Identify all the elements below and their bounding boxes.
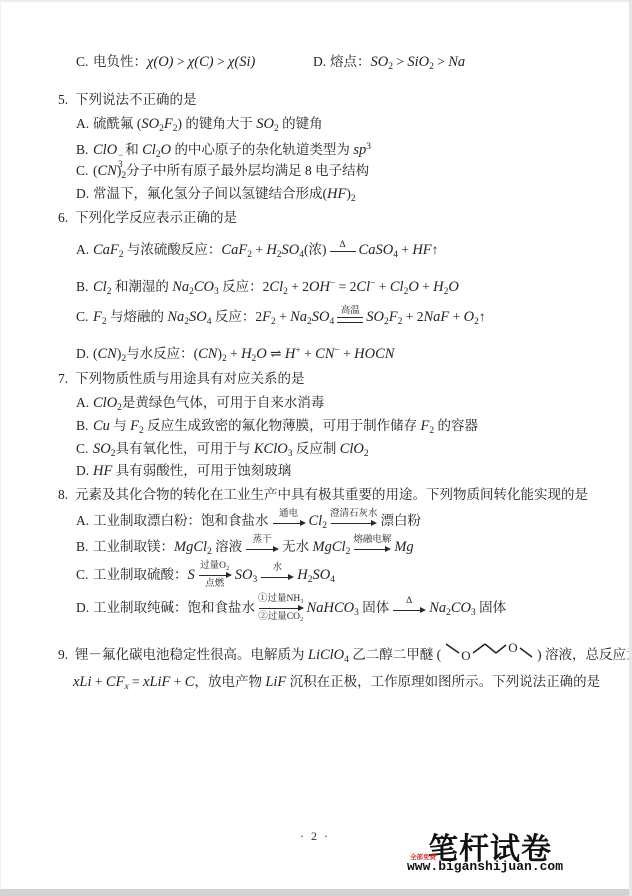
option-text: 硫酰氟 (SO2F2) 的键角大于 SO2 的键角 xyxy=(93,116,323,131)
question4-option-c: C.电负性：χ(O) > χ(C) > χ(Si) xyxy=(76,52,255,72)
question6-option-b: B.Cl2 和潮湿的 Na2CO3 反应：2Cl2 + 2OH− = 2Cl− … xyxy=(76,274,459,302)
option-text: Cl2 和潮湿的 Na2CO3 反应：2Cl2 + 2OH− = 2Cl− + … xyxy=(93,279,459,294)
labeled-reaction-arrow: 蒸干 xyxy=(245,535,279,560)
question7-option-d: D.HF 具有弱酸性，可用于蚀刻玻璃 xyxy=(76,461,291,481)
option-text: 熔点：SO2 > SiO2 > Na xyxy=(330,54,465,69)
option-label: B. xyxy=(76,277,93,297)
question8-option-b: B.工业制取镁：MgCl2 溶液蒸干无水 MgCl2熔融电解Mg xyxy=(76,535,414,562)
reaction-condition-over-equals: Δ xyxy=(330,240,356,261)
option-label: D. xyxy=(76,184,93,204)
option-text: ClO−3和 Cl2O 的中心原子的杂化轨道类型为 sp3 xyxy=(93,142,371,157)
question-text: 元素及其化合物的转化在工业生产中具有极其重要的用途。下列物质间转化能实现的是 xyxy=(75,487,588,502)
question4-option-d: D.熔点：SO2 > SiO2 > Na xyxy=(313,52,465,77)
question-number: 6. xyxy=(58,208,75,228)
question8-option-a: A.工业制取漂白粉：饱和食盐水通电Cl2澄清石灰水漂白粉 xyxy=(76,509,421,536)
question8-option-c: C.工业制取硫酸：S过量O₂点燃SO3水H2SO4 xyxy=(76,561,335,590)
option-label: D. xyxy=(76,598,93,618)
labeled-reaction-arrow: 水 xyxy=(260,563,294,588)
option-text: 常温下，氟化氢分子间以氢键结合形成(HF)2 xyxy=(93,186,356,201)
option-text: Cu 与 F2 反应生成致密的氟化物薄膜，可用于制作储存 F2 的容器 xyxy=(93,418,478,433)
question-text: xLi + CFx = xLiF + C，放电产物 LiF 沉积在正极，工作原理… xyxy=(73,674,600,689)
dme-skeletal-structure: OO xyxy=(443,641,535,673)
labeled-reaction-arrow: 过量O₂点燃 xyxy=(198,561,232,590)
option-text: ClO2是黄绿色气体，可用于自来水消毒 xyxy=(93,395,324,410)
page-number: · 2 · xyxy=(300,829,330,844)
question7-option-a: A.ClO2是黄绿色气体，可用于自来水消毒 xyxy=(76,393,324,418)
question7-option-b: B.Cu 与 F2 反应生成致密的氟化物薄膜，可用于制作储存 F2 的容器 xyxy=(76,416,478,441)
option-label: C. xyxy=(76,565,93,585)
option-text: (CN)2与水反应：(CN)2 + H2O ⇌ H+ + CN− + HOCN xyxy=(93,346,394,361)
question6-option-c: C.F2 与熔融的 Na2SO4 反应：2F2 + Na2SO4高温SO2F2 … xyxy=(76,306,486,332)
question9-text-line1: 9.锂－氟化碳电池稳定性很高。电解质为 LiClO4 乙二醇二甲醚 (OO) 溶… xyxy=(58,641,632,673)
exam-paper-page: C.电负性：χ(O) > χ(C) > χ(Si) D.熔点：SO2 > SiO… xyxy=(0,0,632,896)
option-text: 工业制取硫酸：S过量O₂点燃SO3水H2SO4 xyxy=(93,567,335,582)
option-text: (CN)2分子中所有原子最外层均满足 8 电子结构 xyxy=(93,163,369,178)
scan-edge-bottom xyxy=(0,889,632,896)
svg-text:O: O xyxy=(508,641,517,655)
question6-option-a: A.CaF2 与浓硫酸反应：CaF2 + H2SO4(浓)ΔCaSO4 + HF… xyxy=(76,240,438,265)
option-label: B. xyxy=(76,140,93,160)
reaction-condition-over-equals: 高温 xyxy=(337,306,363,330)
option-text: CaF2 与浓硫酸反应：CaF2 + H2SO4(浓)ΔCaSO4 + HF↑ xyxy=(93,242,438,257)
option-text: 工业制取漂白粉：饱和食盐水通电Cl2澄清石灰水漂白粉 xyxy=(93,513,421,528)
question-text: 下列说法不正确的是 xyxy=(75,92,197,107)
option-label: C. xyxy=(76,307,93,327)
question8-option-d: D.工业制取纯碱：饱和食盐水①过量NH₃②过量CO₂NaHCO3 固体ΔNa2C… xyxy=(76,594,506,623)
question-number: 5. xyxy=(58,90,75,110)
question-text: 锂－氟化碳电池稳定性很高。电解质为 LiClO4 乙二醇二甲醚 (OO) 溶液，… xyxy=(75,647,632,662)
option-text: F2 与熔融的 Na2SO4 反应：2F2 + Na2SO4高温SO2F2 + … xyxy=(93,309,486,324)
question8-stem: 8.元素及其化合物的转化在工业生产中具有极其重要的用途。下列物质间转化能实现的是 xyxy=(58,485,588,505)
option-label: D. xyxy=(76,344,93,364)
option-label: C. xyxy=(76,439,93,459)
option-text: 电负性：χ(O) > χ(C) > χ(Si) xyxy=(93,54,255,69)
question5-stem: 5.下列说法不正确的是 xyxy=(58,90,197,110)
option-text: SO2具有氧化性，可用于与 KClO3 反应制 ClO2 xyxy=(93,441,369,456)
svg-text:O: O xyxy=(461,648,470,663)
option-text: 工业制取镁：MgCl2 溶液蒸干无水 MgCl2熔融电解Mg xyxy=(93,539,414,554)
option-label: B. xyxy=(76,416,93,436)
question-number: 9. xyxy=(58,645,75,665)
scan-edge-left xyxy=(0,0,1,896)
option-label: C. xyxy=(76,52,93,72)
option-label: A. xyxy=(76,240,93,260)
question7-stem: 7.下列物质性质与用途具有对应关系的是 xyxy=(58,369,305,389)
option-text: 工业制取纯碱：饱和食盐水①过量NH₃②过量CO₂NaHCO3 固体ΔNa2CO3… xyxy=(93,600,506,615)
option-label: C. xyxy=(76,161,93,181)
option-label: D. xyxy=(76,461,93,481)
question6-option-d: D.(CN)2与水反应：(CN)2 + H2O ⇌ H+ + CN− + HOC… xyxy=(76,341,394,369)
question9-text-line2: xLi + CFx = xLiF + C，放电产物 LiF 沉积在正极，工作原理… xyxy=(73,672,600,697)
watermark-url: www.biganshijuan.com xyxy=(407,859,563,874)
option-label: D. xyxy=(313,52,330,72)
option-label: A. xyxy=(76,114,93,134)
option-text: HF 具有弱酸性，可用于蚀刻玻璃 xyxy=(93,463,291,478)
scan-edge-top xyxy=(0,0,632,2)
labeled-reaction-arrow: 通电 xyxy=(272,509,306,534)
question6-stem: 6.下列化学反应表示正确的是 xyxy=(58,208,237,228)
option-label: A. xyxy=(76,511,93,531)
option-label: A. xyxy=(76,393,93,413)
question-text: 下列物质性质与用途具有对应关系的是 xyxy=(75,371,305,386)
question5-option-c: C.(CN)2分子中所有原子最外层均满足 8 电子结构 xyxy=(76,161,369,186)
question-number: 8. xyxy=(58,485,75,505)
option-label: B. xyxy=(76,537,93,557)
question-number: 7. xyxy=(58,369,75,389)
labeled-reaction-arrow: 澄清石灰水 xyxy=(330,509,378,534)
labeled-reaction-arrow: ①过量NH₃②过量CO₂ xyxy=(258,594,304,623)
labeled-reaction-arrow: Δ xyxy=(392,596,426,621)
question5-option-a: A.硫酰氟 (SO2F2) 的键角大于 SO2 的键角 xyxy=(76,114,323,139)
question5-option-d: D.常温下，氟化氢分子间以氢键结合形成(HF)2 xyxy=(76,184,356,209)
question-text: 下列化学反应表示正确的是 xyxy=(75,210,237,225)
labeled-reaction-arrow: 熔融电解 xyxy=(353,535,391,560)
